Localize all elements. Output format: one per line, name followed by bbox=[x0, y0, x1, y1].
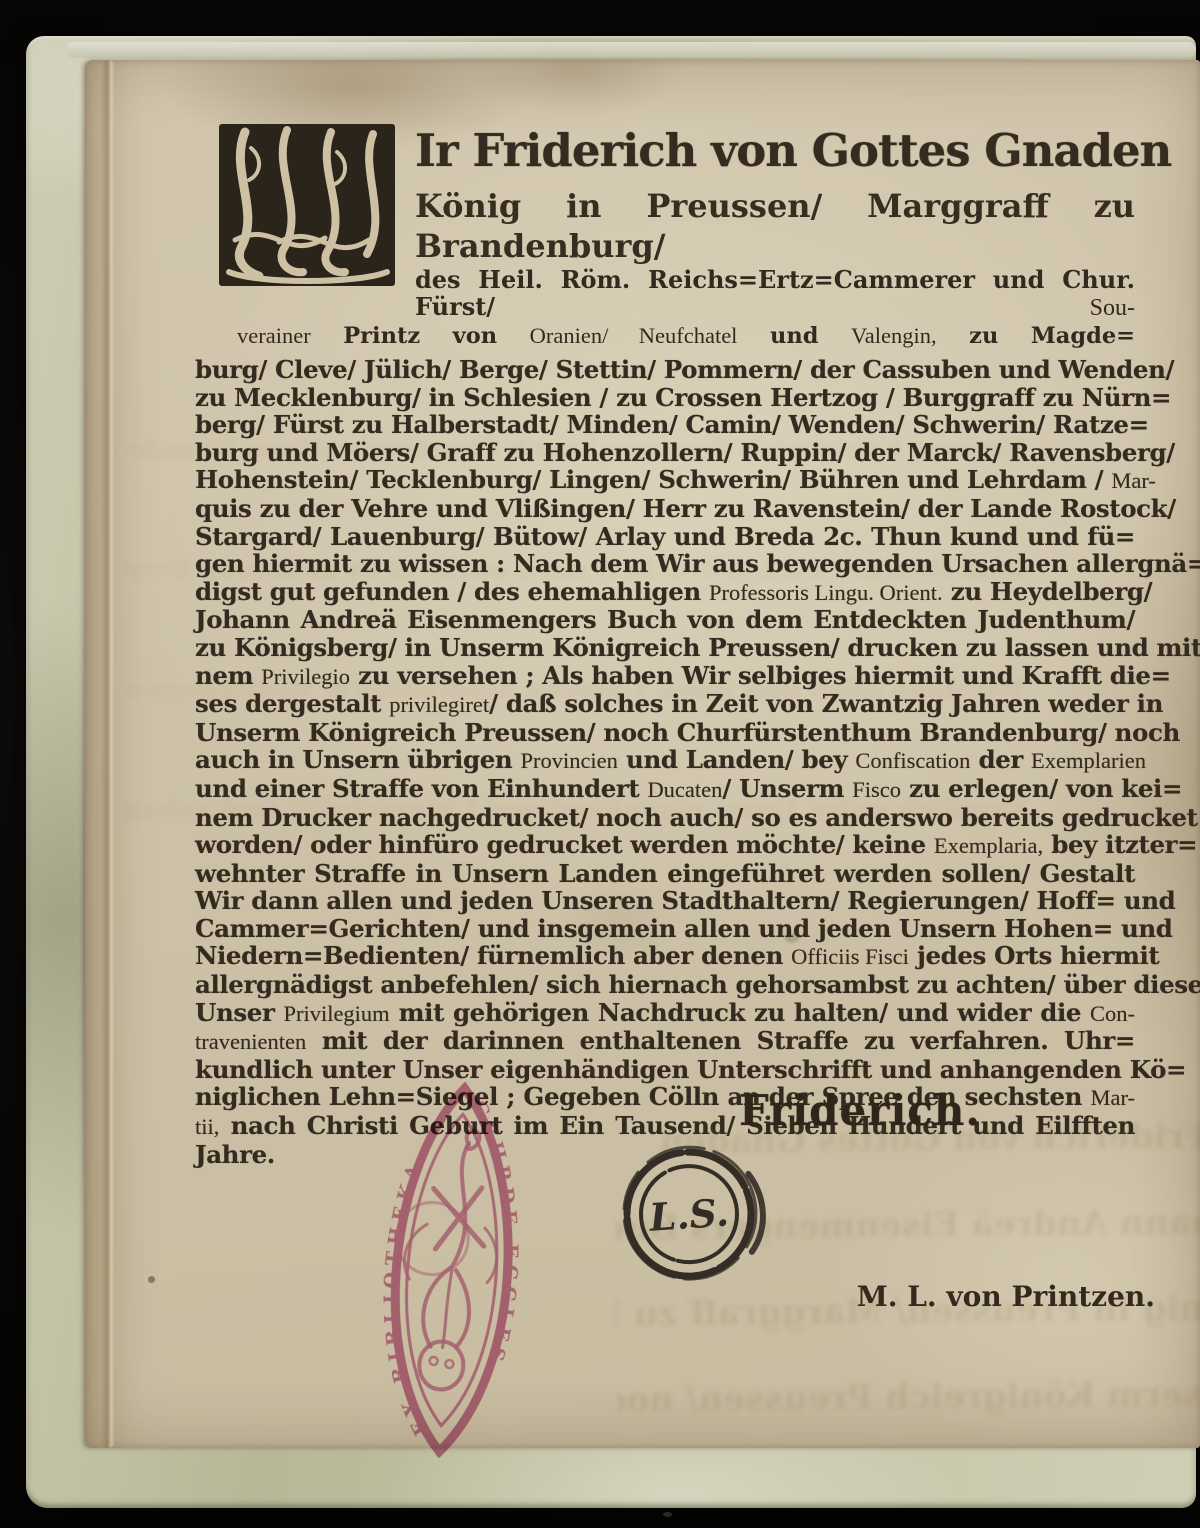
text-line: quis zu der Vehre und Vlißingen/ Herr zu… bbox=[195, 495, 1135, 523]
text-line: Unserm Königreich Preussen/ noch Churfür… bbox=[195, 719, 1135, 747]
text-line: Niedern=Bedienten/ fürnemlich aber denen… bbox=[195, 942, 1135, 971]
text-line: zu Mecklenburg/ in Schlesien / zu Crosse… bbox=[195, 384, 1135, 412]
privilege-body-text: burg/ Cleve/ Jülich/ Berge/ Stettin/ Pom… bbox=[195, 356, 1135, 1168]
seal-text: L.S. bbox=[647, 1189, 730, 1239]
text-line: auch in Unsern übrigen Provincien und La… bbox=[195, 746, 1135, 775]
text-line: Cammer=Gerichten/ und insgemein allen un… bbox=[195, 915, 1135, 943]
text-line: burg und Möers/ Graff zu Hohenzollern/ R… bbox=[195, 439, 1135, 467]
photo-backdrop: Unserm Königreich Preussen/ noch Churfür… bbox=[0, 0, 1200, 1528]
heading-line-4: verainer Printz von Oranien/ Neufchatel … bbox=[195, 322, 1135, 350]
text-line: Hohenstein/ Tecklenburg/ Lingen/ Schweri… bbox=[195, 466, 1135, 495]
text-line: burg/ Cleve/ Jülich/ Berge/ Stettin/ Pom… bbox=[195, 356, 1135, 384]
text-line: Wir dann allen und jeden Unseren Stadtha… bbox=[195, 887, 1135, 915]
text-line: allergnädigst anbefehlen/ sich hiernach … bbox=[195, 971, 1135, 999]
text-line: gen hiermit zu wissen : Nach dem Wir aus… bbox=[195, 550, 1135, 578]
royal-title-heading: W bbox=[195, 116, 1135, 350]
page-gutter-fold bbox=[101, 60, 115, 1448]
paper-speck bbox=[148, 1276, 155, 1283]
text-line: digst gut gefunden / des ehemahligen Pro… bbox=[195, 578, 1135, 607]
stamp-legend-right: GEHRDE ECCLES bbox=[449, 1096, 533, 1370]
text-line: kundlich unter Unser eigenhändigen Unter… bbox=[195, 1056, 1135, 1084]
library-stamp: EX BIBLIOTHEKA GEHRDE ECCLES bbox=[317, 1070, 587, 1470]
countersignature-printzen: M. L. von Printzen. bbox=[855, 1280, 1155, 1313]
text-line: nem Privilegio zu versehen ; Als haben W… bbox=[195, 662, 1135, 691]
text-line: ses dergestalt privilegiret/ daß solches… bbox=[195, 690, 1135, 719]
text-line: berg/ Fürst zu Halberstadt/ Minden/ Cami… bbox=[195, 411, 1135, 439]
text-line: nem Drucker nachgedrucket/ noch auch/ so… bbox=[195, 804, 1135, 832]
text-line: und einer Straffe von Einhundert Ducaten… bbox=[195, 775, 1135, 804]
text-line: worden/ oder hinfüro gedrucket werden mö… bbox=[195, 831, 1135, 860]
ls-seal-stamp: L.S. bbox=[608, 1131, 775, 1298]
text-line: travenienten mit der darinnen enthaltene… bbox=[195, 1027, 1135, 1056]
woodcut-initial-W: W bbox=[217, 122, 397, 290]
text-line: Stargard/ Lauenburg/ Bütow/ Arlay und Br… bbox=[195, 523, 1135, 551]
text-line: zu Königsberg/ in Unserm Königreich Preu… bbox=[195, 634, 1135, 662]
document-page: Unserm Königreich Preussen/ noch Churfür… bbox=[85, 60, 1200, 1448]
privilege-document: W bbox=[195, 116, 1135, 1446]
text-line: Unser Privilegium mit gehörigen Nachdruc… bbox=[195, 999, 1135, 1028]
foliate-woodcut-graphic bbox=[217, 122, 397, 290]
text-line: wehnter Straffe in Unsern Landen eingefü… bbox=[195, 860, 1135, 888]
paper-speck bbox=[663, 1512, 672, 1517]
text-line: Johann Andreä Eisenmengers Buch von dem … bbox=[195, 606, 1135, 634]
